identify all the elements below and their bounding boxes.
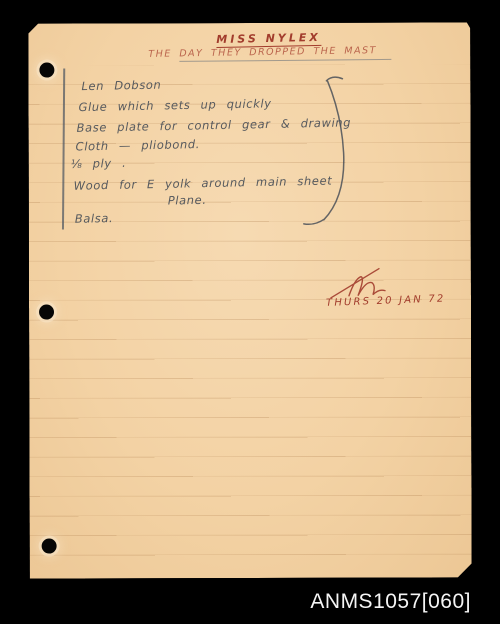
note-line: Len Dobson <box>81 78 161 94</box>
punch-hole-icon <box>39 63 54 78</box>
note-line: Glue which sets up quickly <box>78 96 271 114</box>
note-line: Cloth — pliobond. <box>75 137 200 153</box>
note-line: Wood for E yolk around main sheet <box>74 174 333 193</box>
note-line: Balsa. <box>75 211 114 226</box>
notebook-page: MISS NYLEX THE DAY THEY DROPPED THE MAST… <box>28 22 471 578</box>
margin-line <box>62 68 65 229</box>
note-subtitle: THE DAY THEY DROPPED THE MAST <box>148 45 377 60</box>
archive-id-label: ANMS1057[060] <box>310 590 471 614</box>
punch-hole-icon <box>42 539 57 554</box>
note-line: Plane. <box>168 193 207 208</box>
subtitle-underline <box>179 59 391 62</box>
punch-hole-icon <box>39 305 54 320</box>
note-line: ⅛ ply . <box>71 156 127 171</box>
grouping-bracket-icon <box>298 73 358 235</box>
scan-viewport: MISS NYLEX THE DAY THEY DROPPED THE MAST… <box>0 0 500 624</box>
